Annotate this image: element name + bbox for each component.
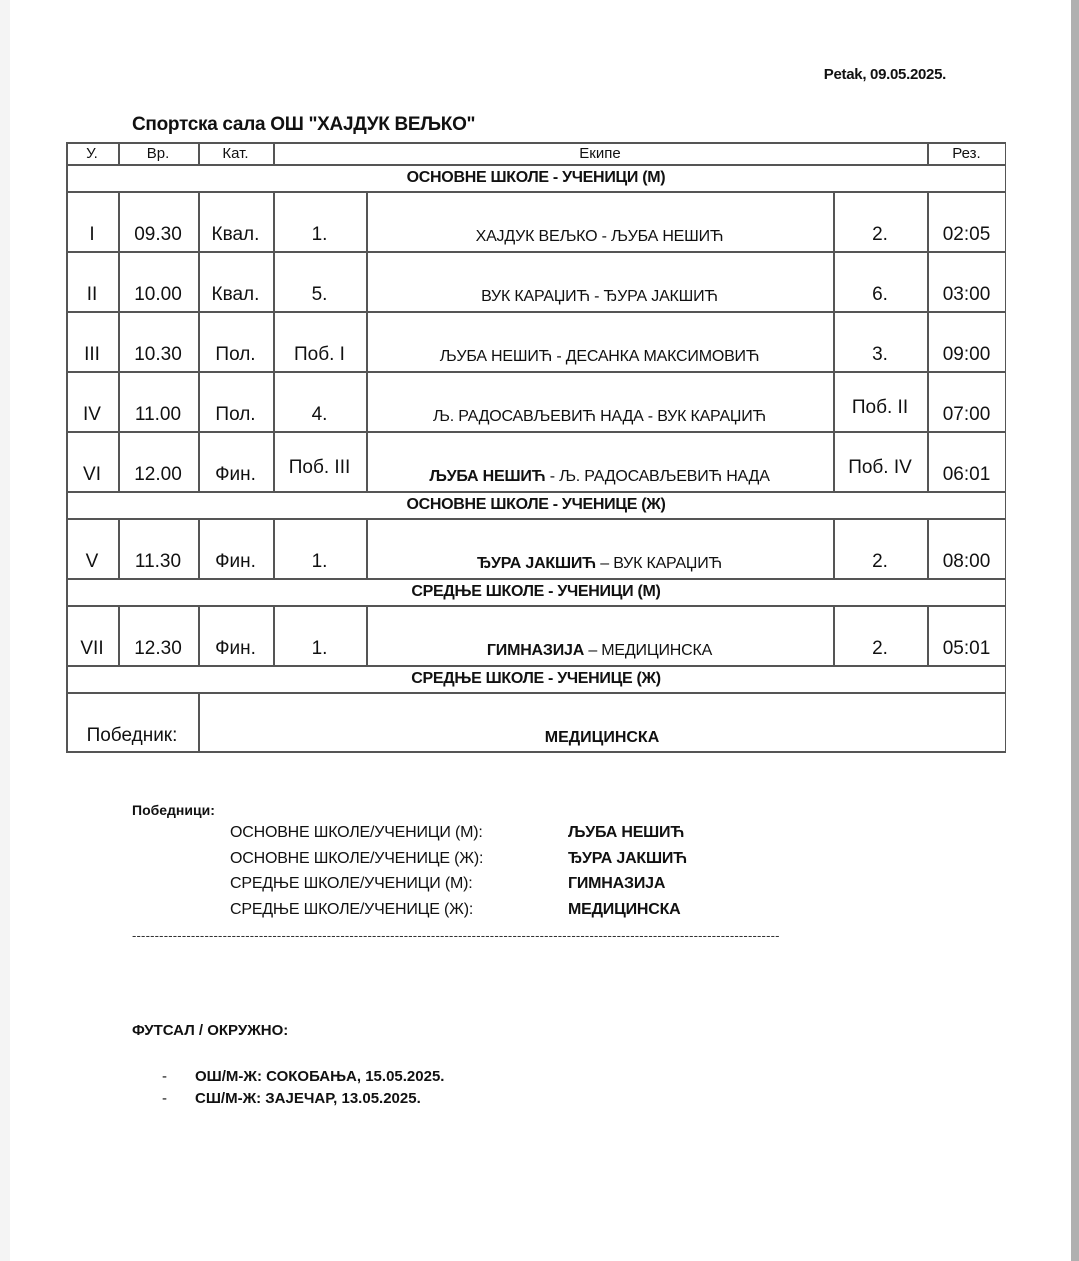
match-teams: ГИМНАЗИЈА – МЕДИЦИНСКА xyxy=(366,605,833,665)
match-round: VII xyxy=(66,605,118,665)
futsal-item: -СШ/М-Ж: ЗАЈЕЧАР, 13.05.2025. xyxy=(162,1090,421,1107)
table-rule xyxy=(273,191,275,251)
match-result: 05:01 xyxy=(927,605,1006,665)
table-rule xyxy=(1005,251,1007,311)
table-rule xyxy=(118,142,120,164)
seed-a: 1. xyxy=(273,518,366,578)
table-rule xyxy=(1005,142,1007,164)
match-result: 06:01 xyxy=(927,431,1006,491)
table-rule xyxy=(273,142,275,164)
table-rule xyxy=(66,142,68,164)
team-b: Љ. РАДОСАВЉЕВИЋ НАДА xyxy=(559,468,770,486)
table-rule xyxy=(66,692,68,752)
team-a: ЉУБА НЕШИЋ xyxy=(440,348,552,366)
column-header-time: Вр. xyxy=(118,142,198,164)
column-header-result: Рез. xyxy=(927,142,1006,164)
table-rule xyxy=(66,371,68,431)
seed-b: 2. xyxy=(833,191,927,251)
table-rule xyxy=(1005,665,1007,692)
table-rule xyxy=(66,164,68,191)
table-rule xyxy=(198,311,200,371)
table-rule xyxy=(366,518,368,578)
table-rule xyxy=(833,251,835,311)
section-title: ОСНОВНЕ ШКОЛЕ - УЧЕНИЦЕ (Ж) xyxy=(66,491,1006,518)
futsal-title: ФУТСАЛ / ОКРУЖНО: xyxy=(132,1022,288,1039)
table-rule xyxy=(366,311,368,371)
table-rule xyxy=(198,251,200,311)
table-rule xyxy=(118,371,120,431)
table-rule xyxy=(66,311,68,371)
table-rule xyxy=(833,431,835,491)
team-a: ЂУРА ЈАКШИЋ xyxy=(477,555,596,573)
seed-b: Поб. II xyxy=(833,371,927,431)
match-time: 09.30 xyxy=(118,191,198,251)
table-rule xyxy=(833,605,835,665)
table-rule xyxy=(273,605,275,665)
table-rule xyxy=(66,191,68,251)
document-date: Petak, 09.05.2025. xyxy=(780,66,946,83)
table-rule xyxy=(118,311,120,371)
seed-b: 6. xyxy=(833,251,927,311)
table-rule xyxy=(1005,311,1007,371)
team-a: ГИМНАЗИЈА xyxy=(487,642,584,660)
table-rule xyxy=(118,605,120,665)
match-category: Квал. xyxy=(198,251,273,311)
team-a: ВУК КАРАЏИЋ xyxy=(481,288,590,306)
match-result: 09:00 xyxy=(927,311,1006,371)
table-rule xyxy=(366,191,368,251)
table-rule xyxy=(927,191,929,251)
team-a: ЉУБА НЕШИЋ xyxy=(429,468,545,486)
table-rule xyxy=(927,251,929,311)
winner-team: ЉУБА НЕШИЋ xyxy=(568,824,684,842)
match-teams: ЂУРА ЈАКШИЋ – ВУК КАРАЏИЋ xyxy=(366,518,833,578)
match-teams: Љ. РАДОСАВЉЕВИЋ НАДА - ВУК КАРАЏИЋ xyxy=(366,371,833,431)
futsal-item-text: ОШ/М-Ж: СОКОБАЊА, 15.05.2025. xyxy=(195,1068,444,1085)
winner-label: Победник: xyxy=(66,692,198,752)
table-rule xyxy=(273,431,275,491)
winner-team: МЕДИЦИНСКА xyxy=(568,901,681,919)
team-separator: – xyxy=(584,642,601,660)
dash-bullet-icon: - xyxy=(162,1090,195,1107)
team-b: ЂУРА ЈАКШИЋ xyxy=(604,288,718,306)
venue-title: Спортска сала ОШ "ХАЈДУК ВЕЉКО" xyxy=(132,114,475,136)
table-rule xyxy=(66,578,68,605)
match-category: Фин. xyxy=(198,431,273,491)
table-rule xyxy=(66,251,68,311)
table-rule xyxy=(1005,491,1007,518)
table-rule xyxy=(833,311,835,371)
winner-team: ГИМНАЗИЈА xyxy=(568,875,665,893)
divider: ----------------------------------------… xyxy=(132,928,942,943)
team-b: ДЕСАНКА МАКСИМОВИЋ xyxy=(566,348,760,366)
seed-b: Поб. IV xyxy=(833,431,927,491)
match-round: IV xyxy=(66,371,118,431)
match-category: Пол. xyxy=(198,371,273,431)
winners-title: Победници: xyxy=(132,802,215,818)
winner-category: СРЕДЊЕ ШКОЛЕ/УЧЕНИЦИ (М): xyxy=(230,875,472,893)
table-rule xyxy=(273,311,275,371)
table-rule xyxy=(366,605,368,665)
match-round: VI xyxy=(66,431,118,491)
table-rule xyxy=(1005,518,1007,578)
table-rule xyxy=(1005,371,1007,431)
seed-b: 2. xyxy=(833,518,927,578)
match-category: Фин. xyxy=(198,518,273,578)
table-rule xyxy=(198,605,200,665)
match-result: 03:00 xyxy=(927,251,1006,311)
team-b: МЕДИЦИНСКА xyxy=(601,642,712,660)
table-rule xyxy=(1005,431,1007,491)
seed-b: 3. xyxy=(833,311,927,371)
section-title: СРЕДЊЕ ШКОЛЕ - УЧЕНИЦИ (М) xyxy=(66,578,1006,605)
team-b: ВУК КАРАЏИЋ xyxy=(613,555,722,573)
match-time: 10.00 xyxy=(118,251,198,311)
table-rule xyxy=(198,191,200,251)
team-a: Љ. РАДОСАВЉЕВИЋ НАДА xyxy=(433,408,644,426)
table-rule xyxy=(66,605,68,665)
table-rule xyxy=(66,431,68,491)
table-rule xyxy=(198,518,200,578)
table-rule xyxy=(366,431,368,491)
team-separator: - xyxy=(644,408,658,426)
winner-category: ОСНОВНЕ ШКОЛЕ/УЧЕНИЦИ (М): xyxy=(230,824,483,842)
table-rule xyxy=(273,518,275,578)
seed-b: 2. xyxy=(833,605,927,665)
winner-category: ОСНОВНЕ ШКОЛЕ/УЧЕНИЦЕ (Ж): xyxy=(230,850,483,868)
table-rule xyxy=(1005,191,1007,251)
table-rule xyxy=(118,191,120,251)
table-rule xyxy=(1005,692,1007,752)
match-time: 10.30 xyxy=(118,311,198,371)
table-rule xyxy=(66,665,68,692)
schedule-table: У.Вр.Кат.ЕкипеРез.ОСНОВНЕ ШКОЛЕ - УЧЕНИЦ… xyxy=(66,142,1006,752)
scrollbar[interactable] xyxy=(1071,0,1079,1261)
table-rule xyxy=(833,191,835,251)
match-round: III xyxy=(66,311,118,371)
seed-a: Поб. I xyxy=(273,311,366,371)
table-rule xyxy=(198,692,200,752)
team-b: ВУК КАРАЏИЋ xyxy=(657,408,766,426)
table-rule xyxy=(118,251,120,311)
table-rule xyxy=(833,371,835,431)
table-rule xyxy=(118,431,120,491)
match-teams: ВУК КАРАЏИЋ - ЂУРА ЈАКШИЋ xyxy=(366,251,833,311)
team-separator: - xyxy=(597,228,611,246)
match-time: 12.30 xyxy=(118,605,198,665)
section-title: СРЕДЊЕ ШКОЛЕ - УЧЕНИЦЕ (Ж) xyxy=(66,665,1006,692)
team-a: ХАЈДУК ВЕЉКО xyxy=(476,228,598,246)
match-category: Фин. xyxy=(198,605,273,665)
winner-name: МЕДИЦИНСКА xyxy=(198,692,1006,752)
column-header-teams: Екипе xyxy=(273,142,927,164)
table-rule xyxy=(198,371,200,431)
table-rule xyxy=(1005,578,1007,605)
table-rule xyxy=(1005,164,1007,191)
seed-a: 1. xyxy=(273,191,366,251)
match-time: 11.00 xyxy=(118,371,198,431)
match-teams: ЉУБА НЕШИЋ - ДЕСАНКА МАКСИМОВИЋ xyxy=(366,311,833,371)
table-rule xyxy=(198,142,200,164)
table-rule xyxy=(66,491,68,518)
table-rule xyxy=(273,251,275,311)
table-rule xyxy=(198,431,200,491)
winner-category: СРЕДЊЕ ШКОЛЕ/УЧЕНИЦЕ (Ж): xyxy=(230,901,473,919)
team-separator: - xyxy=(545,468,559,486)
table-rule xyxy=(927,518,929,578)
seed-a: 4. xyxy=(273,371,366,431)
column-header-category: Кат. xyxy=(198,142,273,164)
table-rule xyxy=(927,431,929,491)
table-rule xyxy=(366,251,368,311)
table-rule xyxy=(833,518,835,578)
match-teams: ЉУБА НЕШИЋ - Љ. РАДОСАВЉЕВИЋ НАДА xyxy=(366,431,833,491)
table-rule xyxy=(366,371,368,431)
table-rule xyxy=(927,371,929,431)
team-separator: - xyxy=(590,288,604,306)
team-separator: – xyxy=(596,555,613,573)
table-rule xyxy=(66,751,1006,753)
match-round: V xyxy=(66,518,118,578)
futsal-item: -ОШ/М-Ж: СОКОБАЊА, 15.05.2025. xyxy=(162,1068,444,1085)
match-result: 02:05 xyxy=(927,191,1006,251)
match-result: 08:00 xyxy=(927,518,1006,578)
match-time: 12.00 xyxy=(118,431,198,491)
match-category: Пол. xyxy=(198,311,273,371)
match-round: I xyxy=(66,191,118,251)
winner-team: ЂУРА ЈАКШИЋ xyxy=(568,850,687,868)
match-category: Квал. xyxy=(198,191,273,251)
futsal-item-text: СШ/М-Ж: ЗАЈЕЧАР, 13.05.2025. xyxy=(195,1090,421,1107)
section-title: ОСНОВНЕ ШКОЛЕ - УЧЕНИЦИ (М) xyxy=(66,164,1006,191)
table-rule xyxy=(1005,605,1007,665)
table-rule xyxy=(66,518,68,578)
seed-a: 1. xyxy=(273,605,366,665)
table-rule xyxy=(927,311,929,371)
table-rule xyxy=(118,518,120,578)
column-header-round: У. xyxy=(66,142,118,164)
match-result: 07:00 xyxy=(927,371,1006,431)
dash-bullet-icon: - xyxy=(162,1068,195,1085)
table-rule xyxy=(927,142,929,164)
match-time: 11.30 xyxy=(118,518,198,578)
page-left-margin xyxy=(0,0,10,1261)
team-separator: - xyxy=(552,348,566,366)
seed-a: 5. xyxy=(273,251,366,311)
table-rule xyxy=(273,371,275,431)
team-b: ЉУБА НЕШИЋ xyxy=(611,228,723,246)
match-teams: ХАЈДУК ВЕЉКО - ЉУБА НЕШИЋ xyxy=(366,191,833,251)
seed-a: Поб. III xyxy=(273,431,366,491)
table-rule xyxy=(927,605,929,665)
match-round: II xyxy=(66,251,118,311)
